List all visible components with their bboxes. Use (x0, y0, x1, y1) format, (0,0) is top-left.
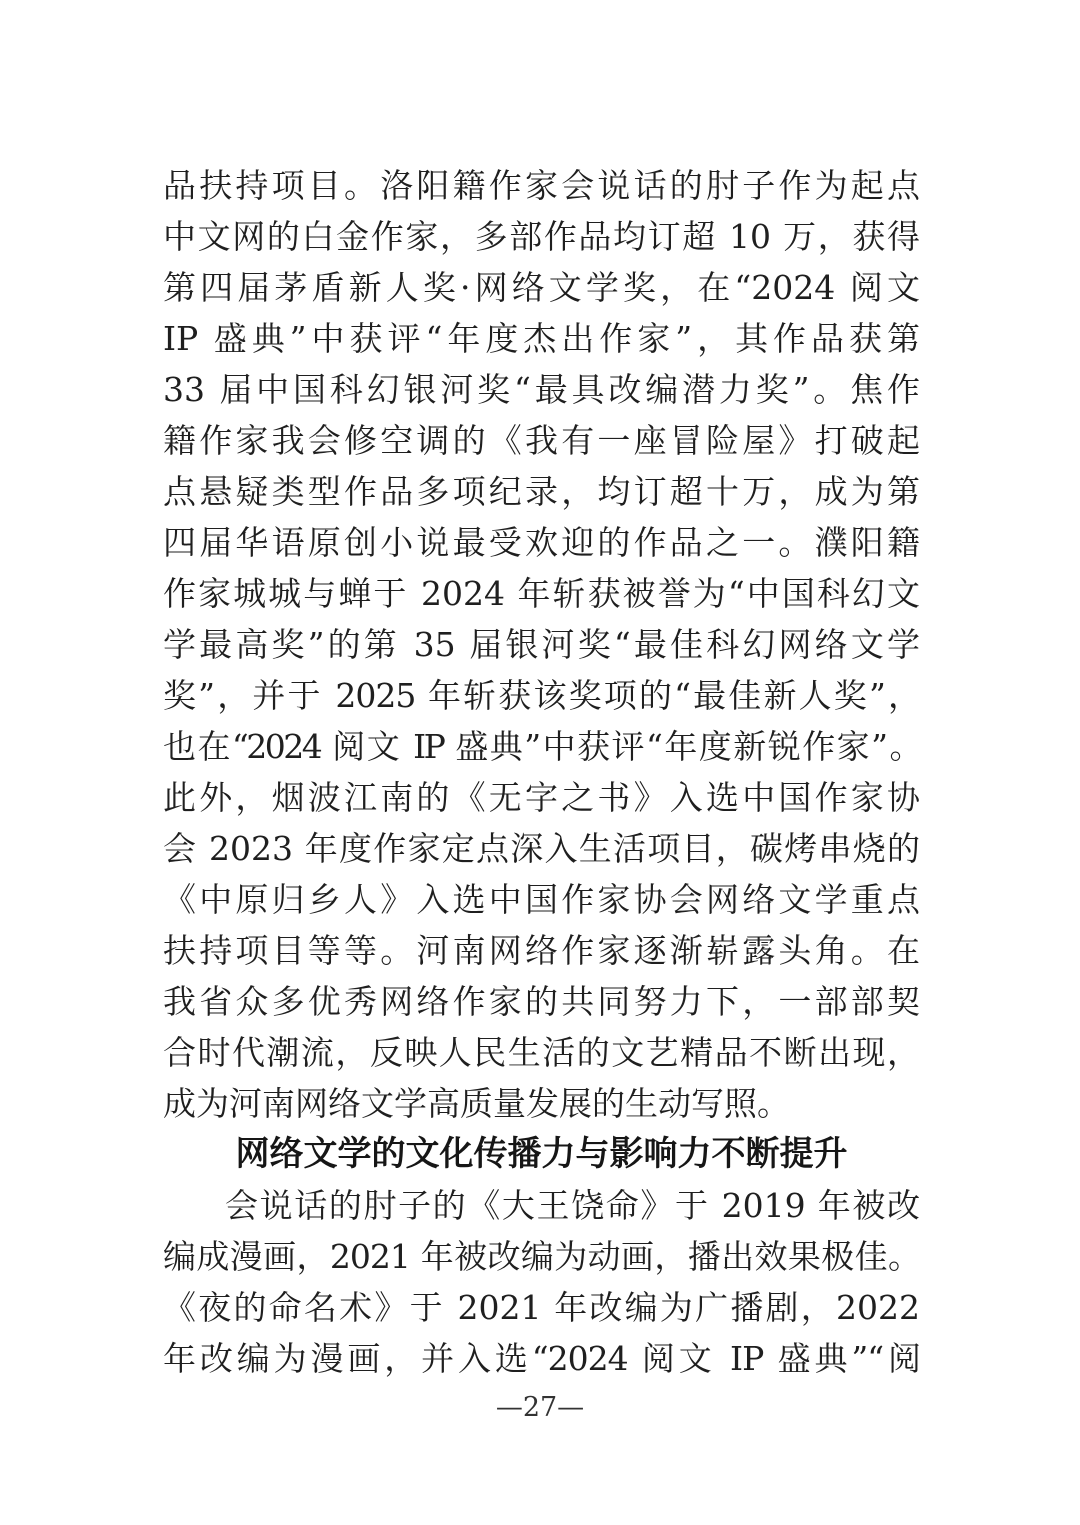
paragraph-line: 也在“2024 阅文 IP 盛典”中获评“年度新锐作家”。 (163, 721, 920, 772)
paragraph-line: 作家城城与蝉于 2024 年斩获被誉为“中国科幻文 (163, 568, 920, 619)
paragraph-line: 33 届中国科幻银河奖“最具改编潜力奖”。焦作 (163, 364, 920, 415)
paragraph-line: 此外，烟波江南的《无字之书》入选中国作家协 (163, 772, 920, 823)
paragraph-line: 会说话的肘子的《大王饶命》于 2019 年被改 (163, 1180, 920, 1231)
document-page: 品扶持项目。洛阳籍作家会说话的肘子作为起点 中文网的白金作家，多部作品均订超 1… (0, 0, 1080, 1525)
paragraph-line: 第四届茅盾新人奖·网络文学奖，在“2024 阅文 (163, 262, 920, 313)
paragraph-line: 编成漫画，2021 年被改编为动画，播出效果极佳。 (163, 1231, 920, 1282)
paragraph-line: 奖”，并于 2025 年斩获该奖项的“最佳新人奖”， (163, 670, 920, 721)
paragraph-line: 《中原归乡人》入选中国作家协会网络文学重点 (163, 874, 920, 925)
page-number: —27— (0, 1392, 1080, 1423)
paragraph-line: 四届华语原创小说最受欢迎的作品之一。濮阳籍 (163, 517, 920, 568)
paragraph-line: IP 盛典”中获评“年度杰出作家”，其作品获第 (163, 313, 920, 364)
paragraph-line: 《夜的命名术》于 2021 年改编为广播剧，2022 (163, 1282, 920, 1333)
paragraph-line: 年改编为漫画，并入选“2024 阅文 IP 盛典”“阅 (163, 1333, 920, 1384)
text-column: 品扶持项目。洛阳籍作家会说话的肘子作为起点 中文网的白金作家，多部作品均订超 1… (163, 160, 920, 1384)
paragraph-line: 成为河南网络文学高质量发展的生动写照。 (163, 1078, 920, 1129)
paragraph-line: 籍作家我会修空调的《我有一座冒险屋》打破起 (163, 415, 920, 466)
paragraph-line: 合时代潮流，反映人民生活的文艺精品不断出现， (163, 1027, 920, 1078)
paragraph-line: 中文网的白金作家，多部作品均订超 10 万，获得 (163, 211, 920, 262)
paragraph-line: 我省众多优秀网络作家的共同努力下，一部部契 (163, 976, 920, 1027)
paragraph-line: 点悬疑类型作品多项纪录，均订超十万，成为第 (163, 466, 920, 517)
paragraph-line: 品扶持项目。洛阳籍作家会说话的肘子作为起点 (163, 160, 920, 211)
paragraph-line: 学最高奖”的第 35 届银河奖“最佳科幻网络文学 (163, 619, 920, 670)
paragraph-line: 扶持项目等等。河南网络作家逐渐崭露头角。在 (163, 925, 920, 976)
section-heading: 网络文学的文化传播力与影响力不断提升 (163, 1129, 920, 1180)
paragraph-line: 会 2023 年度作家定点深入生活项目，碳烤串烧的 (163, 823, 920, 874)
